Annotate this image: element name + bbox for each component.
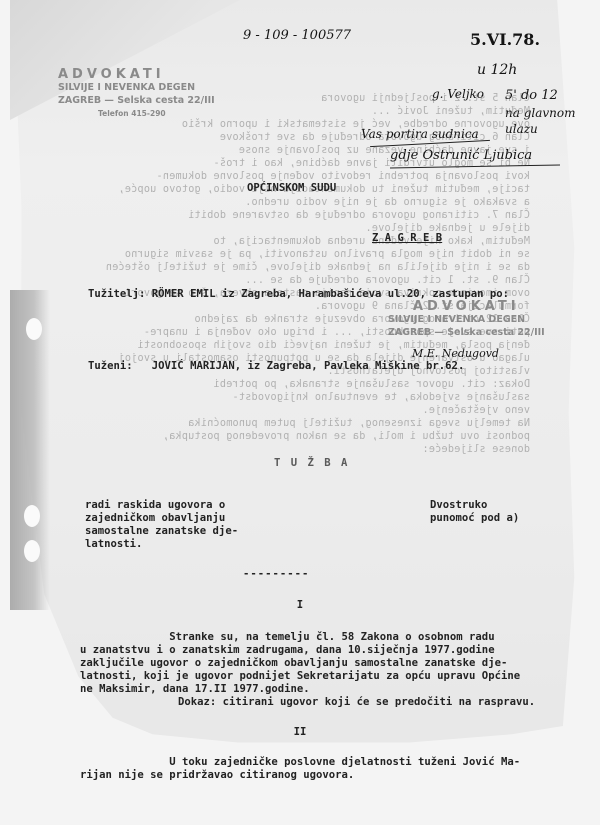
- handwritten-note-right-3: ulazu: [505, 122, 538, 136]
- section-2-body: U toku zajedničke poslovne djelatnosti t…: [80, 756, 520, 782]
- section-separator: ---------: [243, 568, 309, 581]
- attachment-note: Dvostruko punomoć pod a): [430, 499, 519, 525]
- handwritten-note-main-2: gdje Ostrunić Ljubica: [390, 148, 532, 163]
- defendant-row: Tuženi: JOVIĆ MARIJAN, iz Zagreba, Pavle…: [88, 360, 464, 373]
- handwritten-note-left: g. Veljko: [432, 87, 484, 101]
- stamp-names: SILVIJE I NEVENKA DEGEN: [58, 81, 215, 94]
- stamp-phone: Telefon 415-290: [58, 107, 215, 120]
- handwritten-date: 5.VI.78.: [470, 30, 540, 49]
- stamp-names: SILVIJE I NEVENKA DEGEN: [388, 313, 545, 326]
- punch-hole: [24, 540, 40, 562]
- letterhead-stamp: ADVOKATI SILVIJE I NEVENKA DEGEN ZAGREB …: [58, 68, 215, 120]
- handwritten-note-right-1: 5' do 12: [505, 88, 558, 103]
- lawyer-stamp: ADVOKATI SILVIJE I NEVENKA DEGEN ZAGREB …: [388, 300, 545, 339]
- stamp-address: ZAGREB — Selska cesta 22/III: [388, 326, 545, 339]
- section-2-heading: II: [0, 726, 600, 739]
- punch-hole: [24, 505, 40, 527]
- handwritten-reference-number: 9 - 109 - 100577: [243, 28, 351, 43]
- plaintiff-label: Tužitelj:: [88, 288, 145, 300]
- section-1-evidence: Dokaz: citirani ugovor koji će se predoč…: [178, 696, 535, 709]
- plaintiff-row: Tužitelj: RÖMER EMIL iz Zagreba, Haramba…: [88, 288, 509, 301]
- section-1-body: Stranke su, na temelju čl. 58 Zakona o o…: [80, 631, 520, 696]
- court-city: Z A G R E B: [372, 232, 442, 245]
- defendant-label: Tuženi:: [88, 360, 133, 372]
- stamp-title: ADVOKATI: [388, 300, 545, 313]
- document-title: T U Ž B A: [274, 457, 349, 470]
- bleed-through-text: Član 5 st. 2 i posljednji ugovora Međuti…: [30, 92, 530, 456]
- defendant-value: JOVIĆ MARIJAN, iz Zagreba, Pavleka Miški…: [152, 360, 465, 372]
- handwritten-time: u 12h: [477, 62, 517, 78]
- court-name: OPĆINSKOM SUDU: [247, 182, 336, 195]
- lawsuit-subject: radi raskida ugovora o zajedničkom obavl…: [85, 499, 238, 551]
- stamp-title: ADVOKATI: [58, 68, 215, 81]
- stamp-address: ZAGREB — Selska cesta 22/III: [58, 94, 215, 107]
- section-1-heading: I: [0, 599, 600, 612]
- handwritten-note-right-2: na glavnom: [505, 106, 575, 120]
- plaintiff-value: RÖMER EMIL iz Zagreba, Harambašićeva ul.…: [152, 288, 509, 300]
- handwritten-stamp-signature: M.E. Nedugovd: [412, 347, 499, 360]
- handwritten-note-main-1: Vas portira sudnica: [361, 127, 479, 141]
